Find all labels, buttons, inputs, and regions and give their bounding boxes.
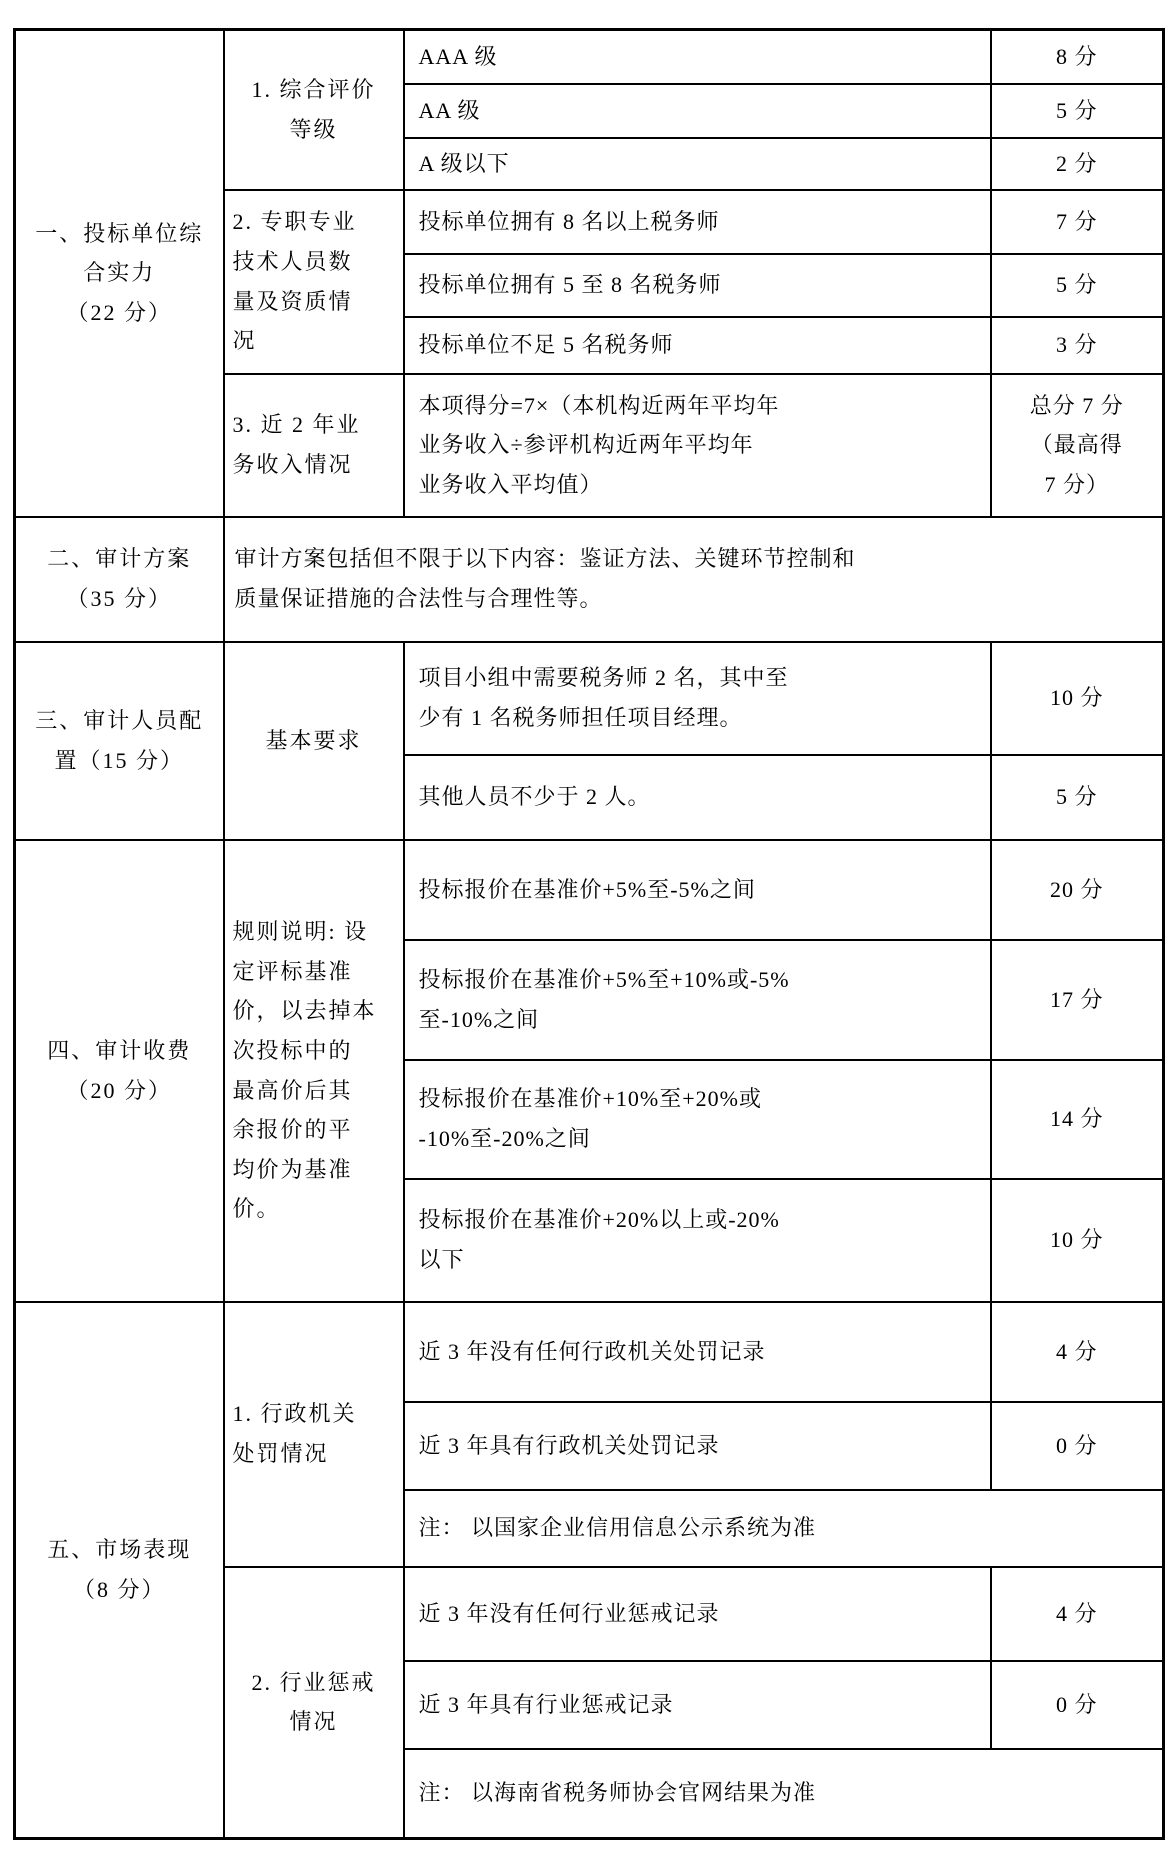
criterion-cell: A 级以下 bbox=[404, 138, 991, 190]
group-label-cell: 2. 行业惩戒 情况 bbox=[224, 1567, 404, 1839]
criterion-cell: 近 3 年具有行政机关处罚记录 bbox=[404, 1402, 991, 1490]
criterion-cell: 投标单位拥有 8 名以上税务师 bbox=[404, 190, 991, 254]
criterion-cell: 投标报价在基准价+20%以上或-20% 以下 bbox=[404, 1179, 991, 1302]
group-label-cell: 1. 综合评价 等级 bbox=[224, 30, 404, 190]
group-label-cell: 基本要求 bbox=[224, 642, 404, 840]
criterion-cell: 近 3 年没有任何行政机关处罚记录 bbox=[404, 1302, 991, 1402]
score-cell: 17 分 bbox=[991, 940, 1164, 1060]
score-cell: 10 分 bbox=[991, 1179, 1164, 1302]
score-cell: 7 分 bbox=[991, 190, 1164, 254]
description-cell: 审计方案包括但不限于以下内容：鉴证方法、关键环节控制和 质量保证措施的合法性与合… bbox=[224, 517, 1164, 642]
criterion-cell: 项目小组中需要税务师 2 名，其中至 少有 1 名税务师担任项目经理。 bbox=[404, 642, 991, 755]
group-label-cell: 1. 行政机关 处罚情况 bbox=[224, 1302, 404, 1567]
category-cell: 五、市场表现 （8 分） bbox=[15, 1302, 224, 1839]
score-cell: 4 分 bbox=[991, 1302, 1164, 1402]
score-cell: 0 分 bbox=[991, 1402, 1164, 1490]
note-cell: 注： 以国家企业信用信息公示系统为准 bbox=[404, 1490, 1164, 1567]
score-cell: 4 分 bbox=[991, 1567, 1164, 1661]
criterion-cell: 投标报价在基准价+5%至-5%之间 bbox=[404, 840, 991, 940]
criterion-cell: 其他人员不少于 2 人。 bbox=[404, 755, 991, 840]
score-cell: 5 分 bbox=[991, 755, 1164, 840]
category-cell: 一、投标单位综 合实力 （22 分） bbox=[15, 30, 224, 517]
note-cell: 注： 以海南省税务师协会官网结果为准 bbox=[404, 1749, 1164, 1839]
criterion-cell: AA 级 bbox=[404, 84, 991, 138]
criterion-cell: 近 3 年具有行业惩戒记录 bbox=[404, 1661, 991, 1749]
bid-evaluation-table: 一、投标单位综 合实力 （22 分） 1. 综合评价 等级 AAA 级 8 分 … bbox=[13, 28, 1165, 1840]
category-cell: 二、审计方案 （35 分） bbox=[15, 517, 224, 642]
criterion-cell: 投标单位不足 5 名税务师 bbox=[404, 317, 991, 374]
category-cell: 四、审计收费 （20 分） bbox=[15, 840, 224, 1302]
criterion-cell: 近 3 年没有任何行业惩戒记录 bbox=[404, 1567, 991, 1661]
score-cell: 2 分 bbox=[991, 138, 1164, 190]
group-label-cell: 3. 近 2 年业 务收入情况 bbox=[224, 374, 404, 517]
score-cell: 10 分 bbox=[991, 642, 1164, 755]
score-cell: 20 分 bbox=[991, 840, 1164, 940]
score-cell: 8 分 bbox=[991, 30, 1164, 84]
category-cell: 三、审计人员配 置（15 分） bbox=[15, 642, 224, 840]
score-cell: 0 分 bbox=[991, 1661, 1164, 1749]
criterion-cell: 投标报价在基准价+5%至+10%或-5% 至-10%之间 bbox=[404, 940, 991, 1060]
group-label-cell: 规则说明: 设 定评标基准 价，以去掉本 次投标中的 最高价后其 余报价的平 均… bbox=[224, 840, 404, 1302]
score-cell: 14 分 bbox=[991, 1060, 1164, 1179]
criterion-cell: AAA 级 bbox=[404, 30, 991, 84]
score-cell: 5 分 bbox=[991, 84, 1164, 138]
criterion-cell: 投标报价在基准价+10%至+20%或 -10%至-20%之间 bbox=[404, 1060, 991, 1179]
score-cell: 3 分 bbox=[991, 317, 1164, 374]
criterion-cell: 投标单位拥有 5 至 8 名税务师 bbox=[404, 254, 991, 317]
group-label-cell: 2. 专职专业 技术人员数 量及资质情 况 bbox=[224, 190, 404, 374]
score-cell: 总分 7 分 （最高得 7 分） bbox=[991, 374, 1164, 517]
score-cell: 5 分 bbox=[991, 254, 1164, 317]
criterion-cell: 本项得分=7×（本机构近两年平均年 业务收入÷参评机构近两年平均年 业务收入平均… bbox=[404, 374, 991, 517]
